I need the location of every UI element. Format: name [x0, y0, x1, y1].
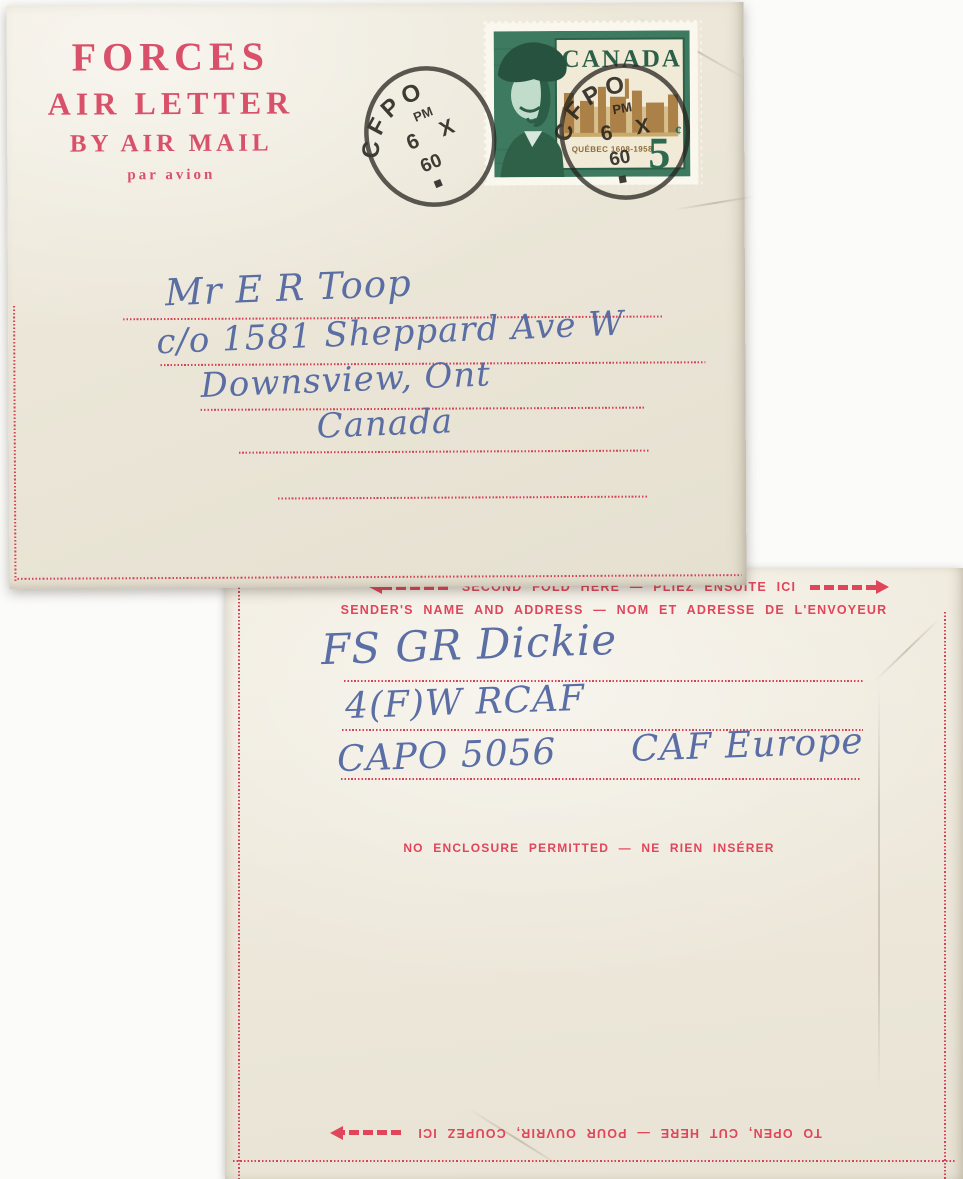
sender-name-handwriting: FS GR Dickie [320, 615, 618, 674]
sender-unit-handwriting: 4(F)W RCAF [344, 678, 585, 727]
postmark-year: 60 [417, 150, 445, 177]
address-street-handwriting: c/o 1581 Sheppard Ave W [156, 304, 626, 363]
back-border-right [944, 612, 946, 1179]
par-avion-label: par avion [47, 166, 295, 184]
sender-rule-3 [341, 778, 860, 780]
flap-crease-vertical [878, 684, 880, 1092]
address-name-handwriting: Mr E R Toop [164, 262, 412, 315]
flap-crease-diagonal-top [874, 618, 940, 682]
address-city-handwriting: Downsview, Ont [200, 354, 492, 406]
address-rule-4 [239, 450, 649, 454]
postmark-day-month: 6 X [403, 111, 466, 154]
air-letter-front: FORCES AIR LETTER BY AIR MAIL par avion [6, 2, 746, 589]
address-rule-5 [278, 496, 648, 500]
air-letter-title: AIR LETTER [47, 84, 295, 122]
postmark-index-dot [434, 179, 443, 188]
cut-arrow-icon [330, 1126, 401, 1140]
cut-here-label: TO OPEN, CUT HERE — POUR OUVRIR, COUPEZ … [417, 1126, 822, 1140]
address-country-handwriting: Canada [316, 401, 454, 446]
front-border-left [13, 306, 16, 582]
forces-title: FORCES [47, 32, 295, 80]
back-border-bottom [233, 1160, 955, 1162]
fold-arrow-right-icon [810, 580, 889, 594]
cut-here-instruction: TO OPEN, CUT HERE — POUR OUVRIR, COUPEZ … [358, 1126, 794, 1140]
back-border-left [238, 584, 240, 1179]
postmark-meridiem: PM [611, 99, 633, 117]
sender-rule-1 [344, 680, 863, 682]
front-border-bottom [17, 574, 741, 580]
postmark-year: 60 [608, 146, 633, 170]
postmark-right: CFPO PM 6 X 60 [542, 43, 706, 214]
air-letter-back: SECOND FOLD HERE — PLIEZ ENSUITE ICI SEN… [225, 568, 963, 1179]
masthead: FORCES AIR LETTER BY AIR MAIL par avion [47, 32, 296, 184]
postmark-day-month: 6 X [599, 113, 661, 146]
no-enclosure-notice: NO ENCLOSURE PERMITTED — NE RIEN INSÉRER [225, 841, 953, 855]
scan-page: SECOND FOLD HERE — PLIEZ ENSUITE ICI SEN… [0, 0, 963, 1179]
postmark-index-dot [619, 175, 627, 183]
front-crease-right [675, 196, 754, 211]
by-air-mail-label: BY AIR MAIL [47, 129, 295, 158]
